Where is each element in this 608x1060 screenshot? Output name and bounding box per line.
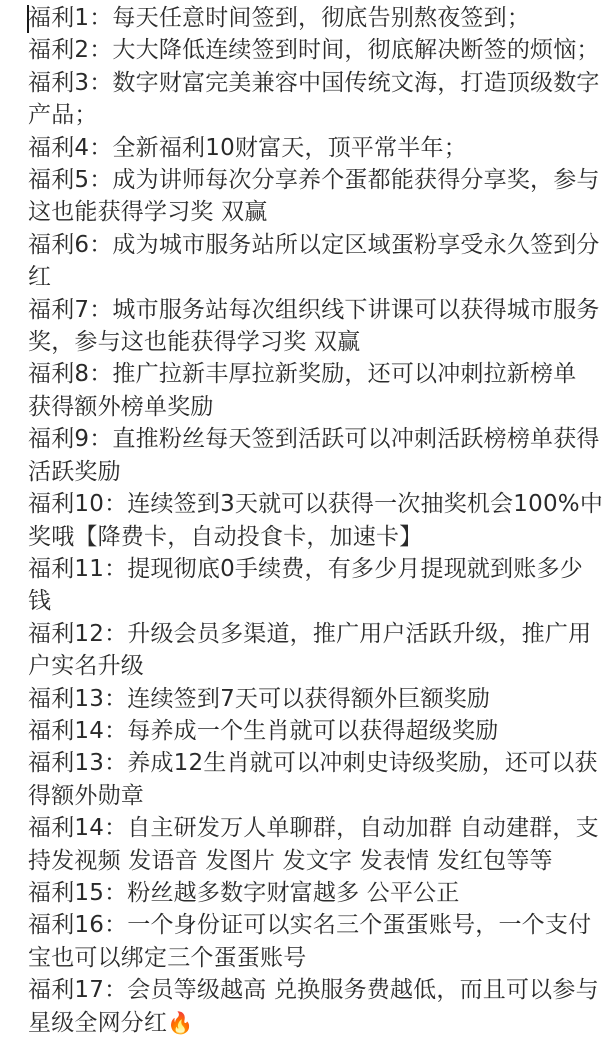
text-line: 福利13：养成12生肖就可以冲刺史诗级奖励，还可以获: [28, 747, 594, 779]
benefit-item-10: 福利10：连续签到3天就可以获得一次抽奖机会100%中 奖哦【降费卡，自动投食卡…: [28, 488, 594, 553]
benefit-item-4: 福利4：全新福利10财富天，顶平常半年；: [28, 132, 594, 164]
text-line: 福利2：大大降低连续签到时间，彻底解决断签的烦恼；: [28, 34, 594, 66]
text-line: 红: [28, 261, 594, 293]
benefit-item-6: 福利6：成为城市服务站所以定区域蛋粉享受永久签到分 红: [28, 229, 594, 294]
benefit-item-3: 福利3：数字财富完美兼容中国传统文海，打造顶级数字 产品；: [28, 67, 594, 132]
text-line: 福利10：连续签到3天就可以获得一次抽奖机会100%中: [28, 488, 594, 520]
text-segment: 星级全网分红: [28, 1010, 167, 1036]
benefit-item-11: 福利11：提现彻底0手续费，有多少月提现就到账多少 钱: [28, 553, 594, 618]
text-line: 福利8：推广拉新丰厚拉新奖励，还可以冲刺拉新榜单: [28, 358, 594, 390]
text-line-with-icon: 星级全网分红🔥: [28, 1007, 594, 1039]
text-line: 福利17：会员等级越高 兑换服务费越低，而且可以参与: [28, 974, 594, 1006]
text-line: 福利14：每养成一个生肖就可以获得超级奖励: [28, 715, 594, 747]
benefit-item-13b: 福利13：养成12生肖就可以冲刺史诗级奖励，还可以获 得额外勋章: [28, 747, 594, 812]
text-line: 福利7：城市服务站每次组织线下讲课可以获得城市服务: [28, 294, 594, 326]
benefit-item-17: 福利17：会员等级越高 兑换服务费越低，而且可以参与 星级全网分红🔥: [28, 974, 594, 1039]
benefit-item-13: 福利13：连续签到7天可以获得额外巨额奖励: [28, 683, 594, 715]
text-line: 奖，参与这也能获得学习奖 双赢: [28, 326, 594, 358]
text-line: 福利4：全新福利10财富天，顶平常半年；: [28, 132, 594, 164]
benefit-item-8: 福利8：推广拉新丰厚拉新奖励，还可以冲刺拉新榜单 获得额外榜单奖励: [28, 358, 594, 423]
text-line: 这也能获得学习奖 双赢: [28, 196, 594, 228]
text-line: 福利14：自主研发万人单聊群，自动加群 自动建群，支: [28, 812, 594, 844]
benefit-item-12: 福利12：升级会员多渠道，推广用户活跃升级，推广用 户实名升级: [28, 618, 594, 683]
text-line: 福利9：直推粉丝每天签到活跃可以冲刺活跃榜榜单获得: [28, 423, 594, 455]
benefit-item-14b: 福利14：自主研发万人单聊群，自动加群 自动建群，支 持发视频 发语音 发图片 …: [28, 812, 594, 877]
benefit-item-7: 福利7：城市服务站每次组织线下讲课可以获得城市服务 奖，参与这也能获得学习奖 双…: [28, 294, 594, 359]
text-line: 福利11：提现彻底0手续费，有多少月提现就到账多少: [28, 553, 594, 585]
text-line: 奖哦【降费卡，自动投食卡，加速卡】: [28, 521, 594, 553]
text-line: 获得额外榜单奖励: [28, 391, 594, 423]
text-line: 福利16：一个身份证可以实名三个蛋蛋账号，一个支付: [28, 909, 594, 941]
benefit-item-14: 福利14：每养成一个生肖就可以获得超级奖励: [28, 715, 594, 747]
text-line: 福利3：数字财富完美兼容中国传统文海，打造顶级数字: [28, 67, 594, 99]
text-line: 得额外勋章: [28, 780, 594, 812]
text-line: 福利12：升级会员多渠道，推广用户活跃升级，推广用: [28, 618, 594, 650]
text-line: 福利13：连续签到7天可以获得额外巨额奖励: [28, 683, 594, 715]
benefits-list: 福利1：每天任意时间签到，彻底告别熬夜签到； 福利2：大大降低连续签到时间，彻底…: [28, 2, 594, 1039]
text-line: 钱: [28, 585, 594, 617]
text-line: 户实名升级: [28, 650, 594, 682]
text-line: 福利1：每天任意时间签到，彻底告别熬夜签到；: [28, 2, 594, 34]
text-line: 活跃奖励: [28, 456, 594, 488]
text-line: 福利6：成为城市服务站所以定区域蛋粉享受永久签到分: [28, 229, 594, 261]
benefit-item-15: 福利15：粉丝越多数字财富越多 公平公正: [28, 877, 594, 909]
text-line: 福利5：成为讲师每次分享养个蛋都能获得分享奖，参与: [28, 164, 594, 196]
text-line: 福利15：粉丝越多数字财富越多 公平公正: [28, 877, 594, 909]
benefit-item-16: 福利16：一个身份证可以实名三个蛋蛋账号，一个支付 宝也可以绑定三个蛋蛋账号: [28, 909, 594, 974]
fire-icon: 🔥: [167, 1011, 193, 1035]
benefit-item-2: 福利2：大大降低连续签到时间，彻底解决断签的烦恼；: [28, 34, 594, 66]
benefit-item-5: 福利5：成为讲师每次分享养个蛋都能获得分享奖，参与 这也能获得学习奖 双赢: [28, 164, 594, 229]
benefit-item-1: 福利1：每天任意时间签到，彻底告别熬夜签到；: [28, 2, 594, 34]
text-line: 持发视频 发语音 发图片 发文字 发表情 发红包等等: [28, 845, 594, 877]
benefit-item-9: 福利9：直推粉丝每天签到活跃可以冲刺活跃榜榜单获得 活跃奖励: [28, 423, 594, 488]
text-line: 产品；: [28, 99, 594, 131]
text-line: 宝也可以绑定三个蛋蛋账号: [28, 942, 594, 974]
